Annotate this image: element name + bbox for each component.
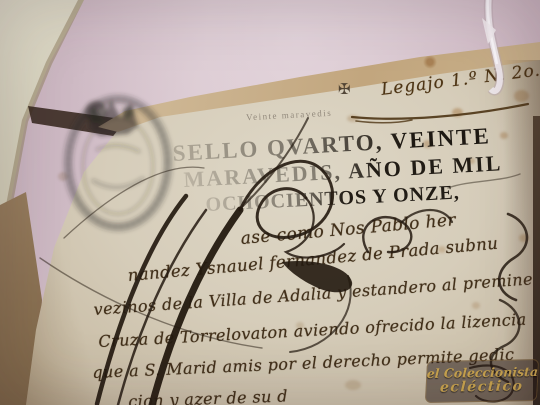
watermark-line2: ecléctico <box>440 379 524 396</box>
maltese-cross-icon: ✠ <box>338 80 351 98</box>
foxing-stain <box>452 108 463 117</box>
manuscript-photo: Veinte maravedis SELLO QVARTO, VEINTE MA… <box>0 0 540 405</box>
foxing-stain <box>472 302 480 309</box>
foxing-stain <box>347 115 359 122</box>
collector-watermark: el Coleccionista ecléctico <box>425 359 539 403</box>
foxing-stain <box>345 380 361 390</box>
foxing-stain <box>58 172 68 181</box>
